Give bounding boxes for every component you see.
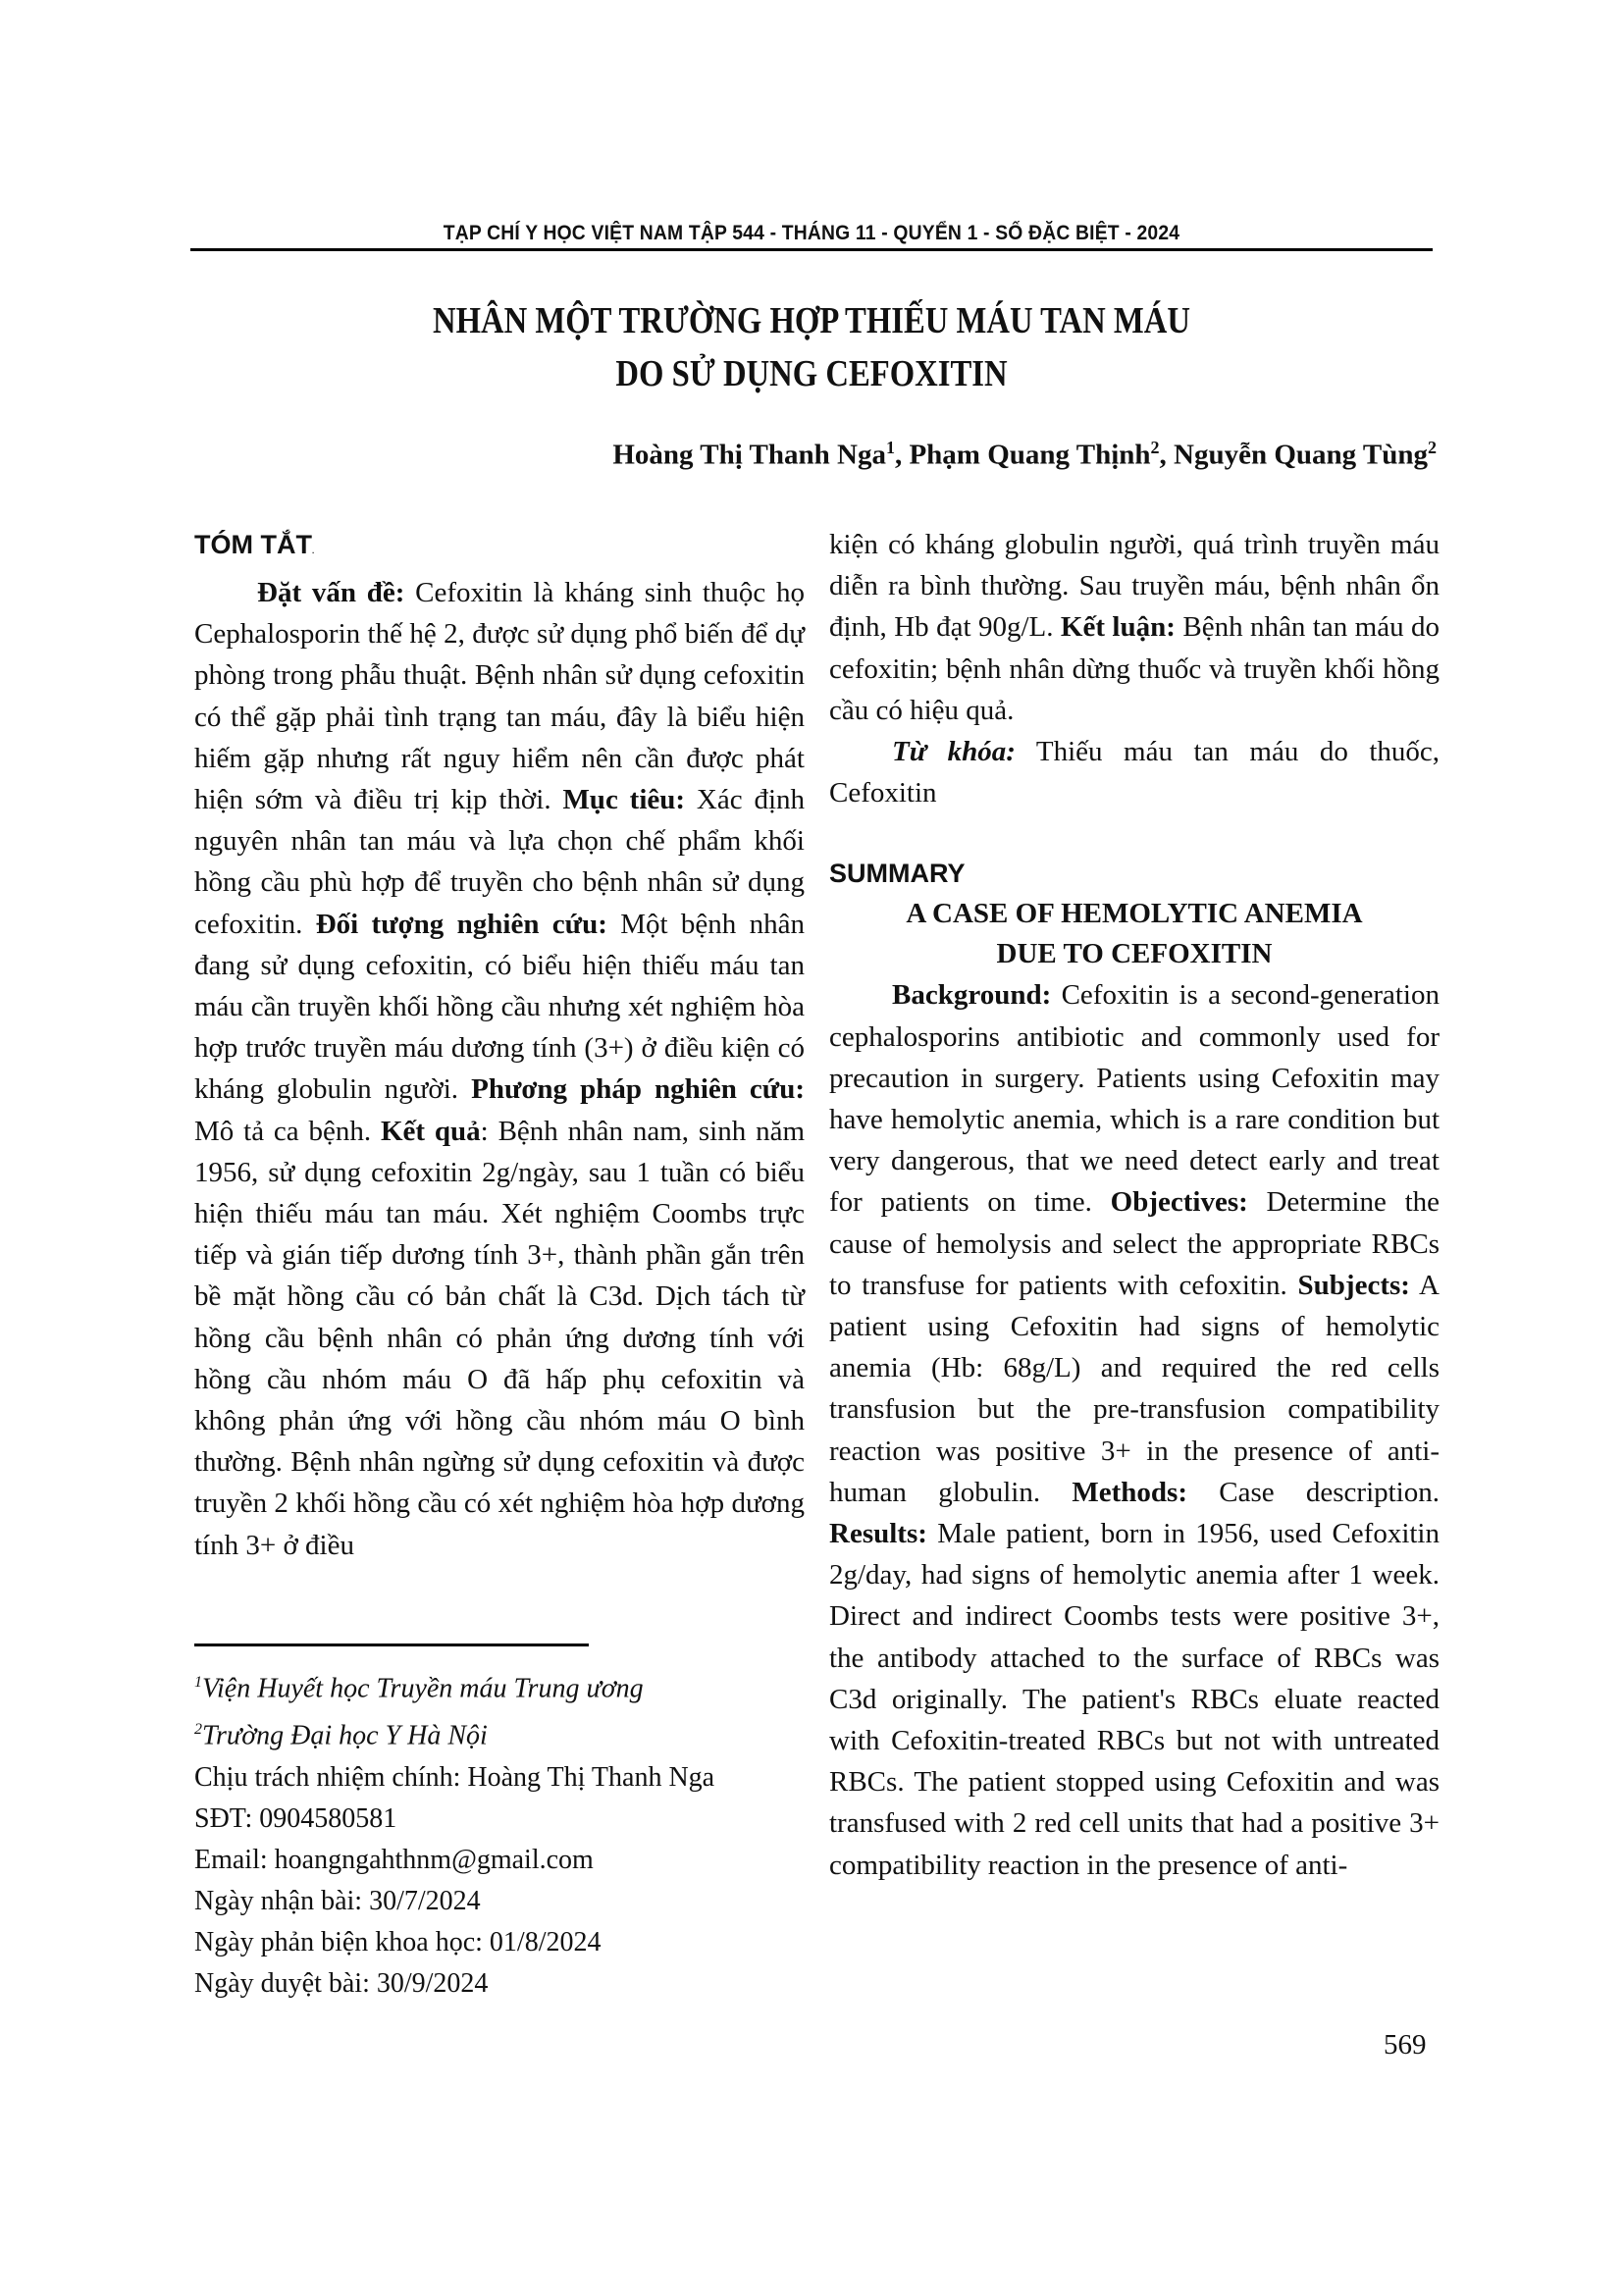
heading-mark: . bbox=[312, 547, 314, 555]
author-affiliation-mark: 2 bbox=[1151, 438, 1160, 457]
abstract-vi-heading: TÓM TẮT. bbox=[194, 524, 805, 572]
author-affiliation-mark: 2 bbox=[1428, 438, 1437, 457]
header-rule bbox=[190, 248, 1433, 251]
results-label: Kết quả bbox=[381, 1116, 481, 1147]
keywords-label: Từ khóa: bbox=[892, 736, 1016, 767]
methods-text: Case description. bbox=[1187, 1477, 1440, 1508]
phone: SĐT: 0904580581 bbox=[194, 1799, 805, 1840]
results-text: : Bệnh nhân nam, sinh năm 1956, sử dụng … bbox=[194, 1116, 805, 1561]
right-column: kiện có kháng globulin người, quá trình … bbox=[829, 524, 1440, 1886]
affiliation-text: Viện Huyết học Truyền máu Trung ương bbox=[202, 1673, 644, 1703]
affiliation-1: 1Viện Huyết học Truyền máu Trung ương bbox=[194, 1662, 805, 1709]
background-label: Background: bbox=[892, 979, 1051, 1011]
english-title-line-2: DUE TO CEFOXITIN bbox=[829, 934, 1440, 974]
methods-label: Methods: bbox=[1072, 1477, 1187, 1508]
background-text: Cefoxitin là kháng sinh thuộc họ Cephalo… bbox=[194, 577, 805, 815]
results-label: Results: bbox=[829, 1518, 927, 1549]
methods-label: Phương pháp nghiên cứu: bbox=[471, 1073, 805, 1105]
summary-heading: SUMMARY bbox=[829, 853, 1440, 894]
footnotes: 1Viện Huyết học Truyền máu Trung ương 2T… bbox=[194, 1662, 805, 2005]
abstract-vi-continued: kiện có kháng globulin người, quá trình … bbox=[829, 524, 1440, 731]
title-line-1: NHÂN MỘT TRƯỜNG HỢP THIẾU MÁU TAN MÁU bbox=[278, 294, 1346, 347]
date-received: Ngày nhận bài: 30/7/2024 bbox=[194, 1881, 805, 1922]
english-title-line-1: A CASE OF HEMOLYTIC ANEMIA bbox=[829, 894, 1440, 934]
email: Email: hoangngahthnm@gmail.com bbox=[194, 1840, 805, 1881]
abstract-vi-body: Đặt vấn đề: Cefoxitin là kháng sinh thuộ… bbox=[194, 572, 805, 1566]
methods-text: Mô tả ca bệnh. bbox=[194, 1116, 381, 1147]
heading-text: TÓM TẮT bbox=[194, 530, 312, 559]
objective-label: Mục tiêu: bbox=[562, 784, 685, 815]
author-name: Phạm Quang Thịnh bbox=[909, 440, 1150, 471]
page-number: 569 bbox=[1384, 2029, 1427, 2061]
corresponding-author: Chịu trách nhiệm chính: Hoàng Thị Thanh … bbox=[194, 1757, 805, 1799]
article-title: NHÂN MỘT TRƯỜNG HỢP THIẾU MÁU TAN MÁU DO… bbox=[278, 294, 1346, 400]
left-column: TÓM TẮT. Đặt vấn đề: Cefoxitin là kháng … bbox=[194, 524, 805, 1566]
results-text: Male patient, born in 1956, used Cefoxit… bbox=[829, 1518, 1440, 1881]
title-line-2: DO SỬ DỤNG CEFOXITIN bbox=[278, 347, 1346, 400]
subjects-label: Đối tượng nghiên cứu: bbox=[316, 909, 607, 940]
objectives-label: Objectives: bbox=[1111, 1186, 1248, 1218]
author-separator: , bbox=[1160, 440, 1175, 471]
running-head: TẠP CHÍ Y HỌC VIỆT NAM TẬP 544 - THÁNG 1… bbox=[240, 222, 1384, 245]
background-label: Đặt vấn đề: bbox=[257, 577, 404, 608]
background-text: Cefoxitin is a second-generation cephalo… bbox=[829, 979, 1440, 1218]
abstract-en-body: Background: Cefoxitin is a second-genera… bbox=[829, 974, 1440, 1885]
author-list: Hoàng Thị Thanh Nga1, Phạm Quang Thịnh2,… bbox=[190, 438, 1437, 472]
footnote-rule bbox=[194, 1644, 589, 1646]
affiliation-mark: 1 bbox=[194, 1674, 202, 1691]
affiliation-mark: 2 bbox=[194, 1721, 202, 1738]
author-name: Hoàng Thị Thanh Nga bbox=[612, 440, 886, 471]
subjects-label: Subjects: bbox=[1298, 1270, 1410, 1301]
conclusion-label: Kết luận: bbox=[1061, 611, 1176, 643]
affiliation-text: Trường Đại học Y Hà Nội bbox=[202, 1721, 488, 1751]
spacer bbox=[829, 813, 1440, 853]
date-reviewed: Ngày phản biện khoa học: 01/8/2024 bbox=[194, 1922, 805, 1963]
author-separator: , bbox=[895, 440, 910, 471]
subjects-text: A patient using Cefoxitin had signs of h… bbox=[829, 1270, 1440, 1508]
keywords: Từ khóa: Thiếu máu tan máu do thuốc, Cef… bbox=[829, 731, 1440, 813]
author-name: Nguyễn Quang Tùng bbox=[1174, 440, 1428, 471]
date-accepted: Ngày duyệt bài: 30/9/2024 bbox=[194, 1963, 805, 2005]
affiliation-2: 2Trường Đại học Y Hà Nội bbox=[194, 1709, 805, 1756]
author-affiliation-mark: 1 bbox=[886, 438, 895, 457]
